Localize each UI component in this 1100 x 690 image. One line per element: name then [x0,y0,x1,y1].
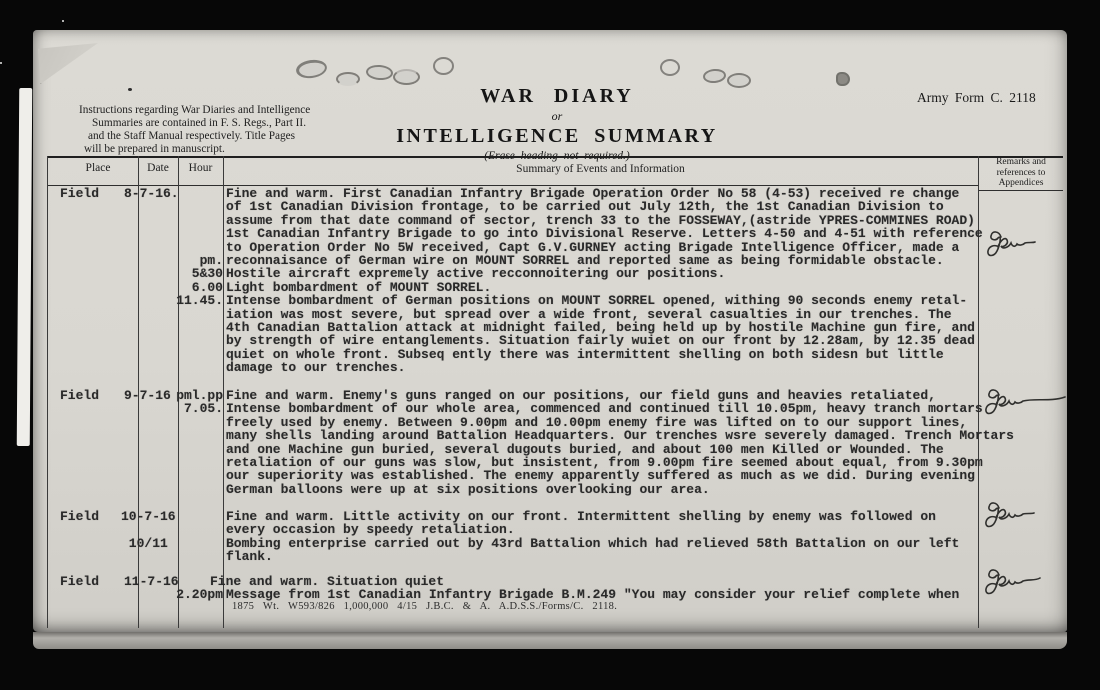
column-header-hour: Hour [178,162,223,174]
form-subtitle: INTELLIGENCE SUMMARY [357,125,757,148]
instructions-line: Summaries are contained in F. S. Regs., … [79,117,310,130]
signature-scrawl-icon [983,564,1043,611]
entry-summary: Fine and warm. Enemy's guns ranged on ou… [226,389,1014,496]
ink-blot [336,72,360,86]
entry-place: Field [60,389,99,402]
signature-scrawl-icon [983,386,1067,431]
hour-summary-divider [223,156,224,628]
ink-ring [660,59,680,76]
ink-dot [128,88,132,91]
ink-blot [727,73,751,88]
entry-place: Field [60,187,99,200]
column-header-remarks: Remarks and references to Appendices [979,157,1063,189]
entry-summary: Fine and warm. Situation quiet Message f… [226,575,959,602]
instructions-line: and the Staff Manual respectively. Title… [79,130,310,143]
entry-summary: Fine and warm. Little activity on our fr… [226,510,959,564]
ink-ring [433,57,454,75]
column-header-place: Place [63,162,133,174]
scanned-war-diary-page: Instructions regarding War Diaries and I… [0,0,1100,690]
table-left-rule [47,156,48,628]
ink-blot [702,68,726,84]
form-title-or: or [357,109,757,124]
instructions-line: Instructions regarding War Diaries and I… [79,104,310,117]
dust-speck [62,20,64,22]
remarks-header-rule [978,190,1063,191]
entry-hours: pml.pp 7.05. [153,389,223,416]
entry-place: Field [60,575,99,588]
table-top-rule [47,156,1063,158]
entry-summary: Fine and warm. First Canadian Infantry B… [226,187,983,375]
entry-place: Field [60,510,99,523]
adjacent-page-edge [17,88,32,446]
printer-imprint: 1875 Wt. W593/826 1,000,000 4/15 J.B.C. … [232,601,617,612]
form-instructions: Instructions regarding War Diaries and I… [79,104,310,156]
column-header-summary: Summary of Events and Information [223,163,978,175]
form-title: WAR DIARY [357,85,757,108]
folded-corner [38,43,98,84]
ink-blot [393,69,420,85]
army-form-paper: Instructions regarding War Diaries and I… [33,30,1067,632]
ink-blot [295,58,328,80]
signature-scrawl-icon [985,228,1039,273]
instructions-line: will be prepared in manuscript. [79,143,310,156]
entry-hours: pm. 5&30 6.00 11.45. [153,187,223,308]
column-header-date: Date [138,162,178,174]
ink-smudge [836,72,850,86]
form-title-block: WAR DIARY or INTELLIGENCE SUMMARY (Erase… [357,85,757,162]
page-bottom-edge [33,632,1067,649]
ink-blot [366,64,394,81]
signature-scrawl-icon [984,498,1038,543]
entry-date: 10-7-16 10/11 [121,510,176,550]
army-form-number: Army Form C. 2118 [917,90,1036,106]
dust-speck [0,62,2,64]
